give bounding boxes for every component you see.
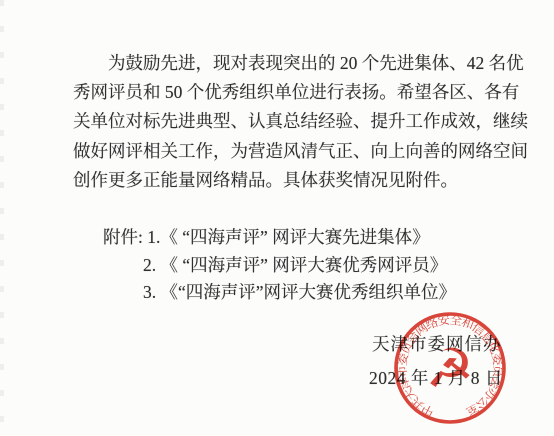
attachments-label: 附件: <box>103 227 147 247</box>
official-seal: 中共天津市委员会网络安全和信息化委员会办公室 ☭ <box>391 309 509 427</box>
body-line: 为鼓励先进，现对表现突出的 20 个先进集体、42 名优 <box>73 49 513 78</box>
hammer-sickle-icon: ☭ <box>426 337 474 400</box>
attachment-item: 3. 《“四海声评”网评大赛优秀组织单位》 <box>143 279 456 307</box>
attachment-title: 1.《 “四海声评” 网评大赛先进集体》 <box>147 227 429 247</box>
attachment-title: 2. 《 “四海声评” 网评大赛优秀网评员》 <box>143 255 447 275</box>
attachment-item: 附件: 1.《 “四海声评” 网评大赛先进集体》 <box>103 224 456 252</box>
body-line: 做好网评相关工作，为营造风清气正、向上向善的网络空间 <box>73 137 513 166</box>
body-line: 秀网评员和 50 个优秀组织单位进行表扬。希望各区、各有 <box>73 78 513 107</box>
body-line: 创作更多正能量网络精品。具体获奖情况见附件。 <box>73 166 513 195</box>
body-paragraph: 为鼓励先进，现对表现突出的 20 个先进集体、42 名优 秀网评员和 50 个优… <box>73 49 513 195</box>
document-page: 为鼓励先进，现对表现突出的 20 个先进集体、42 名优 秀网评员和 50 个优… <box>0 0 554 436</box>
attachment-item: 2. 《 “四海声评” 网评大赛优秀网评员》 <box>143 252 456 280</box>
attachment-title: 3. 《“四海声评”网评大赛优秀组织单位》 <box>143 282 456 302</box>
attachments-list: 附件: 1.《 “四海声评” 网评大赛先进集体》 2. 《 “四海声评” 网评大… <box>103 224 456 307</box>
body-line: 关单位对标先进典型、认真总结经验、提升工作成效，继续 <box>73 107 513 136</box>
